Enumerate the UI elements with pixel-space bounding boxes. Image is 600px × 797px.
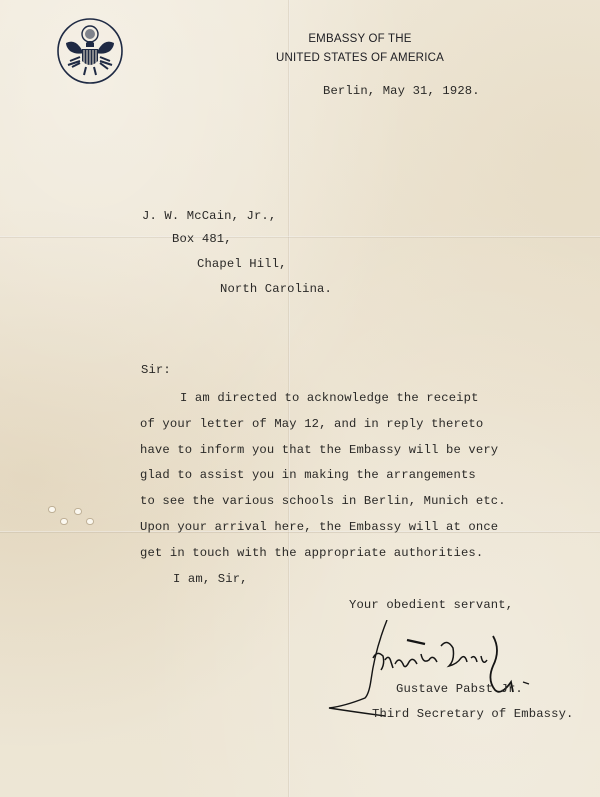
body-line: of your letter of May 12, and in reply t… — [140, 417, 483, 431]
paper-damage-holes — [35, 505, 95, 535]
letterhead-line-2: UNITED STATES OF AMERICA — [240, 49, 480, 68]
recipient-city: Chapel Hill, — [197, 257, 287, 271]
great-seal-eagle-icon — [56, 17, 124, 85]
dateline: Berlin, May 31, 1928. — [323, 84, 480, 98]
recipient-box: Box 481, — [172, 232, 232, 246]
handwritten-signature — [325, 620, 575, 720]
letterhead-line-1: EMBASSY OF THE — [240, 30, 480, 49]
salutation: Sir: — [141, 363, 171, 377]
letterhead: EMBASSY OF THE UNITED STATES OF AMERICA — [240, 30, 480, 68]
closing-pre: I am, Sir, — [173, 572, 248, 586]
body-line: get in touch with the appropriate author… — [140, 546, 483, 560]
signer-name: Gustave Pabst Jr. — [396, 682, 523, 696]
body-line: I am directed to acknowledge the receipt — [180, 391, 479, 405]
body-line: glad to assist you in making the arrange… — [140, 468, 476, 482]
body-line: to see the various schools in Berlin, Mu… — [140, 494, 506, 508]
closing: Your obedient servant, — [349, 598, 513, 612]
recipient-name: J. W. McCain, Jr., — [142, 209, 276, 223]
recipient-state: North Carolina. — [220, 282, 332, 296]
body-line: have to inform you that the Embassy will… — [140, 443, 498, 457]
body-line: Upon your arrival here, the Embassy will… — [140, 520, 498, 534]
fold-crease-upper — [0, 236, 600, 238]
signer-title: Third Secretary of Embassy. — [372, 707, 574, 721]
